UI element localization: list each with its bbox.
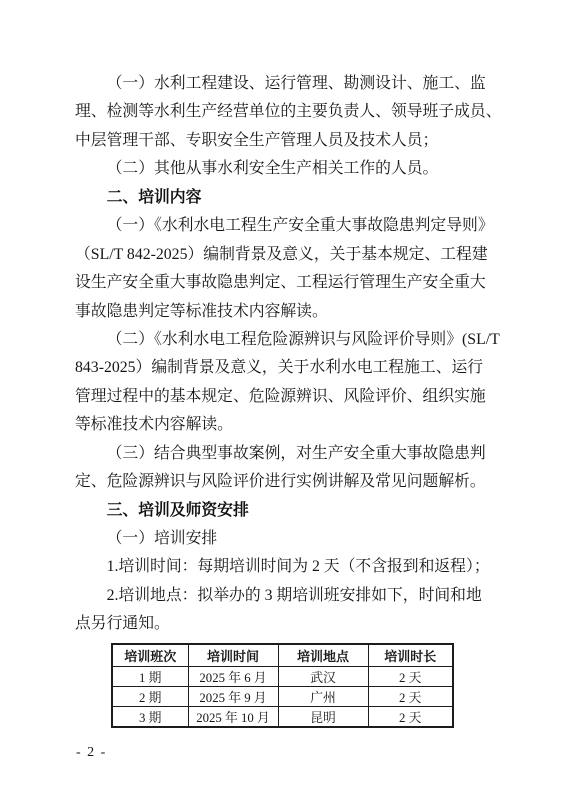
table-cell: 2 天 [368, 707, 453, 728]
text-line: 设生产安全重大事故隐患判定、工程运行管理生产安全重大 [75, 269, 505, 297]
table-cell: 2025 年 9 月 [188, 687, 278, 707]
table-cell: 2025 年 6 月 [188, 667, 278, 687]
table-cell: 2025 年 10 月 [188, 707, 278, 728]
table-cell: 3 期 [112, 707, 188, 728]
section-heading-training-content: 二、培训内容 [75, 184, 505, 212]
table-cell: 昆明 [278, 707, 368, 728]
table-cell: 广州 [278, 687, 368, 707]
text-line: 事故隐患判定等标准技术内容解读。 [75, 298, 505, 326]
document-page: （一）水利工程建设、运行管理、勘测设计、施工、监 理、检测等水利生产经营单位的主… [0, 0, 564, 800]
table-header-cell: 培训地点 [278, 644, 368, 667]
text-line: 843-2025）编制背景及意义，关于水利水电工程施工、运行 [75, 354, 505, 382]
page-number: - 2 - [76, 745, 107, 761]
text-line: 1.培训时间：每期培训时间为 2 天（不含报到和返程）； [75, 553, 505, 581]
text-line: 理、检测等水利生产经营单位的主要负责人、领导班子成员、 [75, 98, 505, 126]
text-line: （SL/T 842-2025）编制背景及意义，关于基本规定、工程建 [75, 241, 505, 269]
text-line: 管理过程中的基本规定、危险源辨识、风险评价、组织实施 [75, 383, 505, 411]
text-line: （二）其他从事水利安全生产相关工作的人员。 [75, 155, 505, 183]
document-body: （一）水利工程建设、运行管理、勘测设计、施工、监 理、检测等水利生产经营单位的主… [75, 70, 505, 639]
training-schedule-table: 培训班次 培训时间 培训地点 培训时长 1 期 2025 年 6 月 武汉 2 … [111, 643, 454, 728]
section-heading-training-arrangement: 三、培训及师资安排 [75, 497, 505, 525]
text-line: 2.培训地点：拟举办的 3 期培训班安排如下，时间和地 [75, 582, 505, 610]
table-header-cell: 培训班次 [112, 644, 188, 667]
table-row: 3 期 2025 年 10 月 昆明 2 天 [112, 707, 453, 728]
table-row: 1 期 2025 年 6 月 武汉 2 天 [112, 667, 453, 687]
table-cell: 2 天 [368, 687, 453, 707]
table-row: 2 期 2025 年 9 月 广州 2 天 [112, 687, 453, 707]
table-header-cell: 培训时长 [368, 644, 453, 667]
text-line: （三）结合典型事故案例，对生产安全重大事故隐患判 [75, 440, 505, 468]
table-cell: 1 期 [112, 667, 188, 687]
text-line: （一）培训安排 [75, 525, 505, 553]
table-cell: 2 天 [368, 667, 453, 687]
table-header-row: 培训班次 培训时间 培训地点 培训时长 [112, 644, 453, 667]
text-line: （一）《水利水电工程生产安全重大事故隐患判定导则》 [75, 212, 505, 240]
table-header-cell: 培训时间 [188, 644, 278, 667]
text-line: （一）水利工程建设、运行管理、勘测设计、施工、监 [75, 70, 505, 98]
text-line: 中层管理干部、专职安全生产管理人员及技术人员； [75, 127, 505, 155]
text-line: 等标准技术内容解读。 [75, 411, 505, 439]
text-line: （二）《水利水电工程危险源辨识与风险评价导则》(SL/T [75, 326, 505, 354]
table-cell: 2 期 [112, 687, 188, 707]
text-line: 定、危险源辨识与风险评价进行实例讲解及常见问题解析。 [75, 468, 505, 496]
text-line: 点另行通知。 [75, 610, 505, 638]
table-cell: 武汉 [278, 667, 368, 687]
